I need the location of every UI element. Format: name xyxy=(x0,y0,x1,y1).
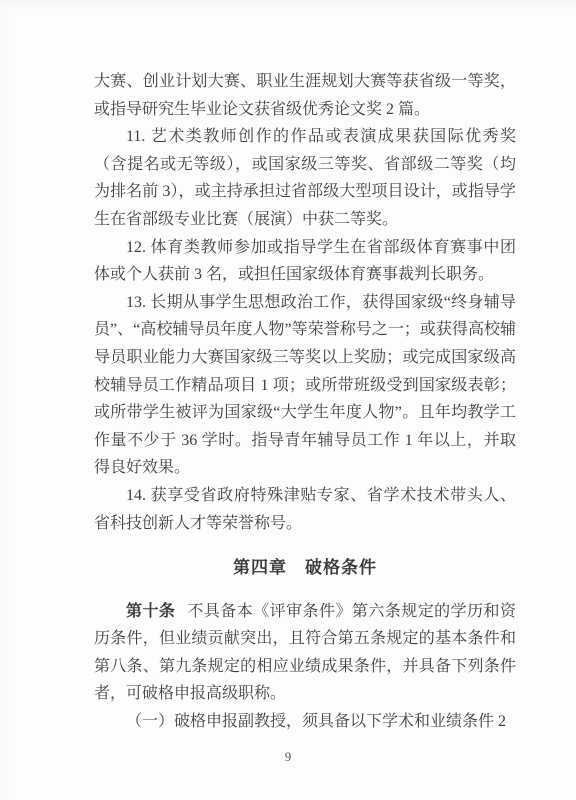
list-item-13: 13. 长期从事学生思想政治工作，获得国家级“终身辅导员”、“高校辅导员年度人物… xyxy=(94,289,516,482)
sub-item-1: （一）破格申报副教授，须具备以下学术和业绩条件 2 xyxy=(94,708,516,736)
list-item-14: 14. 获享受省政府特殊津贴专家、省学术技术带头人、省科技创新人才等荣誉称号。 xyxy=(94,482,516,537)
article-number: 第十条 xyxy=(126,603,175,620)
document-page: 大赛、创业计划大赛、职业生涯规划大赛等获省级一等奖，或指导研究生毕业论文获省级优… xyxy=(0,0,576,800)
page-number: 9 xyxy=(0,748,576,766)
list-item-12: 12. 体育类教师参加或指导学生在省部级体育赛事中团体或个人获前 3 名，或担任… xyxy=(94,234,516,289)
list-item-11: 11. 艺术类教师创作的作品或表演成果获国际优秀奖（含提名或无等级），或国家级三… xyxy=(94,123,516,233)
paragraph-continuation: 大赛、创业计划大赛、职业生涯规划大赛等获省级一等奖，或指导研究生毕业论文获省级优… xyxy=(94,68,516,123)
document-body: 大赛、创业计划大赛、职业生涯规划大赛等获省级一等奖，或指导研究生毕业论文获省级优… xyxy=(94,68,516,736)
article-paragraph: 第十条不具备本《评审条件》第六条规定的学历和资历条件，但业绩贡献突出，且符合第五… xyxy=(94,598,516,708)
chapter-heading: 第四章 破格条件 xyxy=(94,554,516,582)
